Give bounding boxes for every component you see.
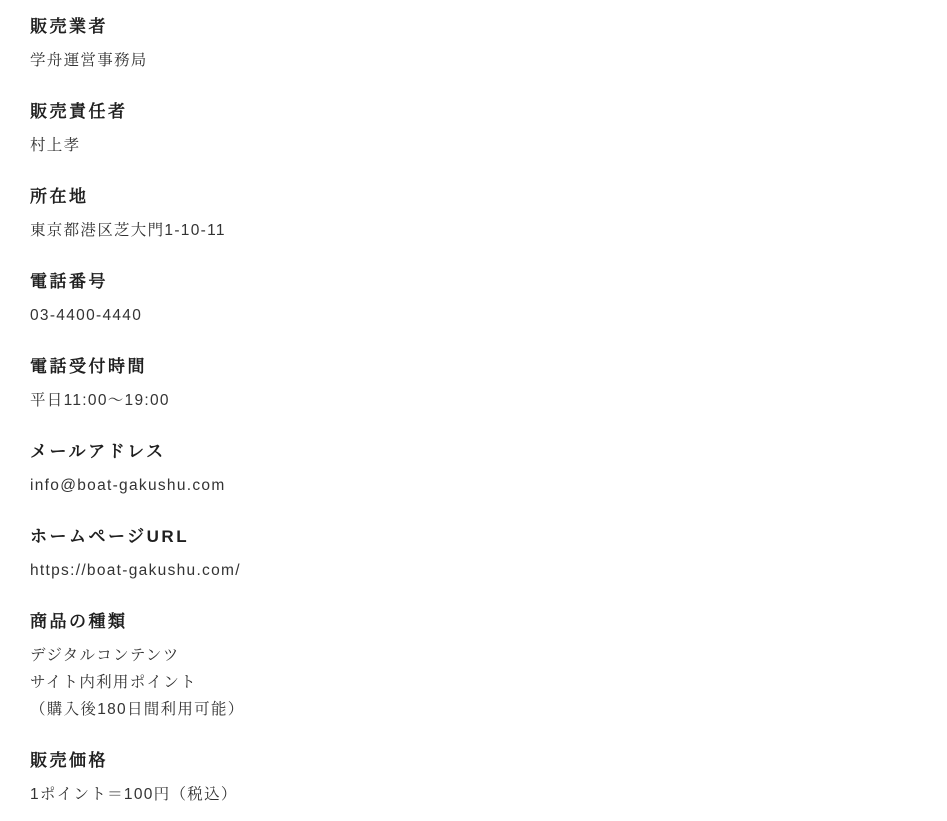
section-value-line: 学舟運営事務局: [30, 47, 917, 74]
section-value: 平日11:00〜19:00: [30, 387, 917, 414]
section-heading: 電話受付時間: [30, 357, 917, 376]
section-value-line: 東京都港区芝大門1-10-11: [30, 217, 917, 244]
section-value-line: 03-4400-4440: [30, 302, 917, 329]
legal-disclosure-page: 販売業者 学舟運営事務局 販売責任者 村上孝 所在地 東京都港区芝大門1-10-…: [0, 0, 947, 821]
section-value: 03-4400-4440: [30, 302, 917, 329]
section-value: 1ポイント＝100円（税込）: [30, 781, 917, 808]
section-heading: メールアドレス: [30, 442, 917, 461]
section-heading: 所在地: [30, 187, 917, 206]
section-heading: 商品の種類: [30, 612, 917, 631]
info-section: 販売価格 1ポイント＝100円（税込）: [30, 751, 917, 808]
section-value-line: デジタルコンテンツ: [30, 642, 917, 669]
section-value-line: （購入後180日間利用可能）: [30, 696, 917, 723]
sections-list: 販売業者 学舟運営事務局 販売責任者 村上孝 所在地 東京都港区芝大門1-10-…: [30, 17, 917, 808]
section-value: https://boat-gakushu.com/: [30, 557, 917, 584]
info-section: 電話番号 03-4400-4440: [30, 272, 917, 329]
info-section: 販売責任者 村上孝: [30, 102, 917, 159]
info-section: 商品の種類 デジタルコンテンツサイト内利用ポイント（購入後180日間利用可能）: [30, 612, 917, 723]
section-value-line: https://boat-gakushu.com/: [30, 557, 917, 584]
section-heading: 販売責任者: [30, 102, 917, 121]
section-value-line: 1ポイント＝100円（税込）: [30, 781, 917, 808]
info-section: 電話受付時間 平日11:00〜19:00: [30, 357, 917, 414]
info-section: ホームページURL https://boat-gakushu.com/: [30, 527, 917, 584]
section-value: 村上孝: [30, 132, 917, 159]
section-value: 学舟運営事務局: [30, 47, 917, 74]
section-heading: 電話番号: [30, 272, 917, 291]
section-heading: 販売価格: [30, 751, 917, 770]
section-heading: ホームページURL: [30, 527, 917, 546]
section-value: info@boat-gakushu.com: [30, 472, 917, 499]
info-section: メールアドレス info@boat-gakushu.com: [30, 442, 917, 499]
info-section: 販売業者 学舟運営事務局: [30, 17, 917, 74]
section-value-line: 村上孝: [30, 132, 917, 159]
section-value-line: info@boat-gakushu.com: [30, 472, 917, 499]
info-section: 所在地 東京都港区芝大門1-10-11: [30, 187, 917, 244]
section-value-line: 平日11:00〜19:00: [30, 387, 917, 414]
section-value: デジタルコンテンツサイト内利用ポイント（購入後180日間利用可能）: [30, 642, 917, 723]
section-heading: 販売業者: [30, 17, 917, 36]
section-value-line: サイト内利用ポイント: [30, 669, 917, 696]
section-value: 東京都港区芝大門1-10-11: [30, 217, 917, 244]
